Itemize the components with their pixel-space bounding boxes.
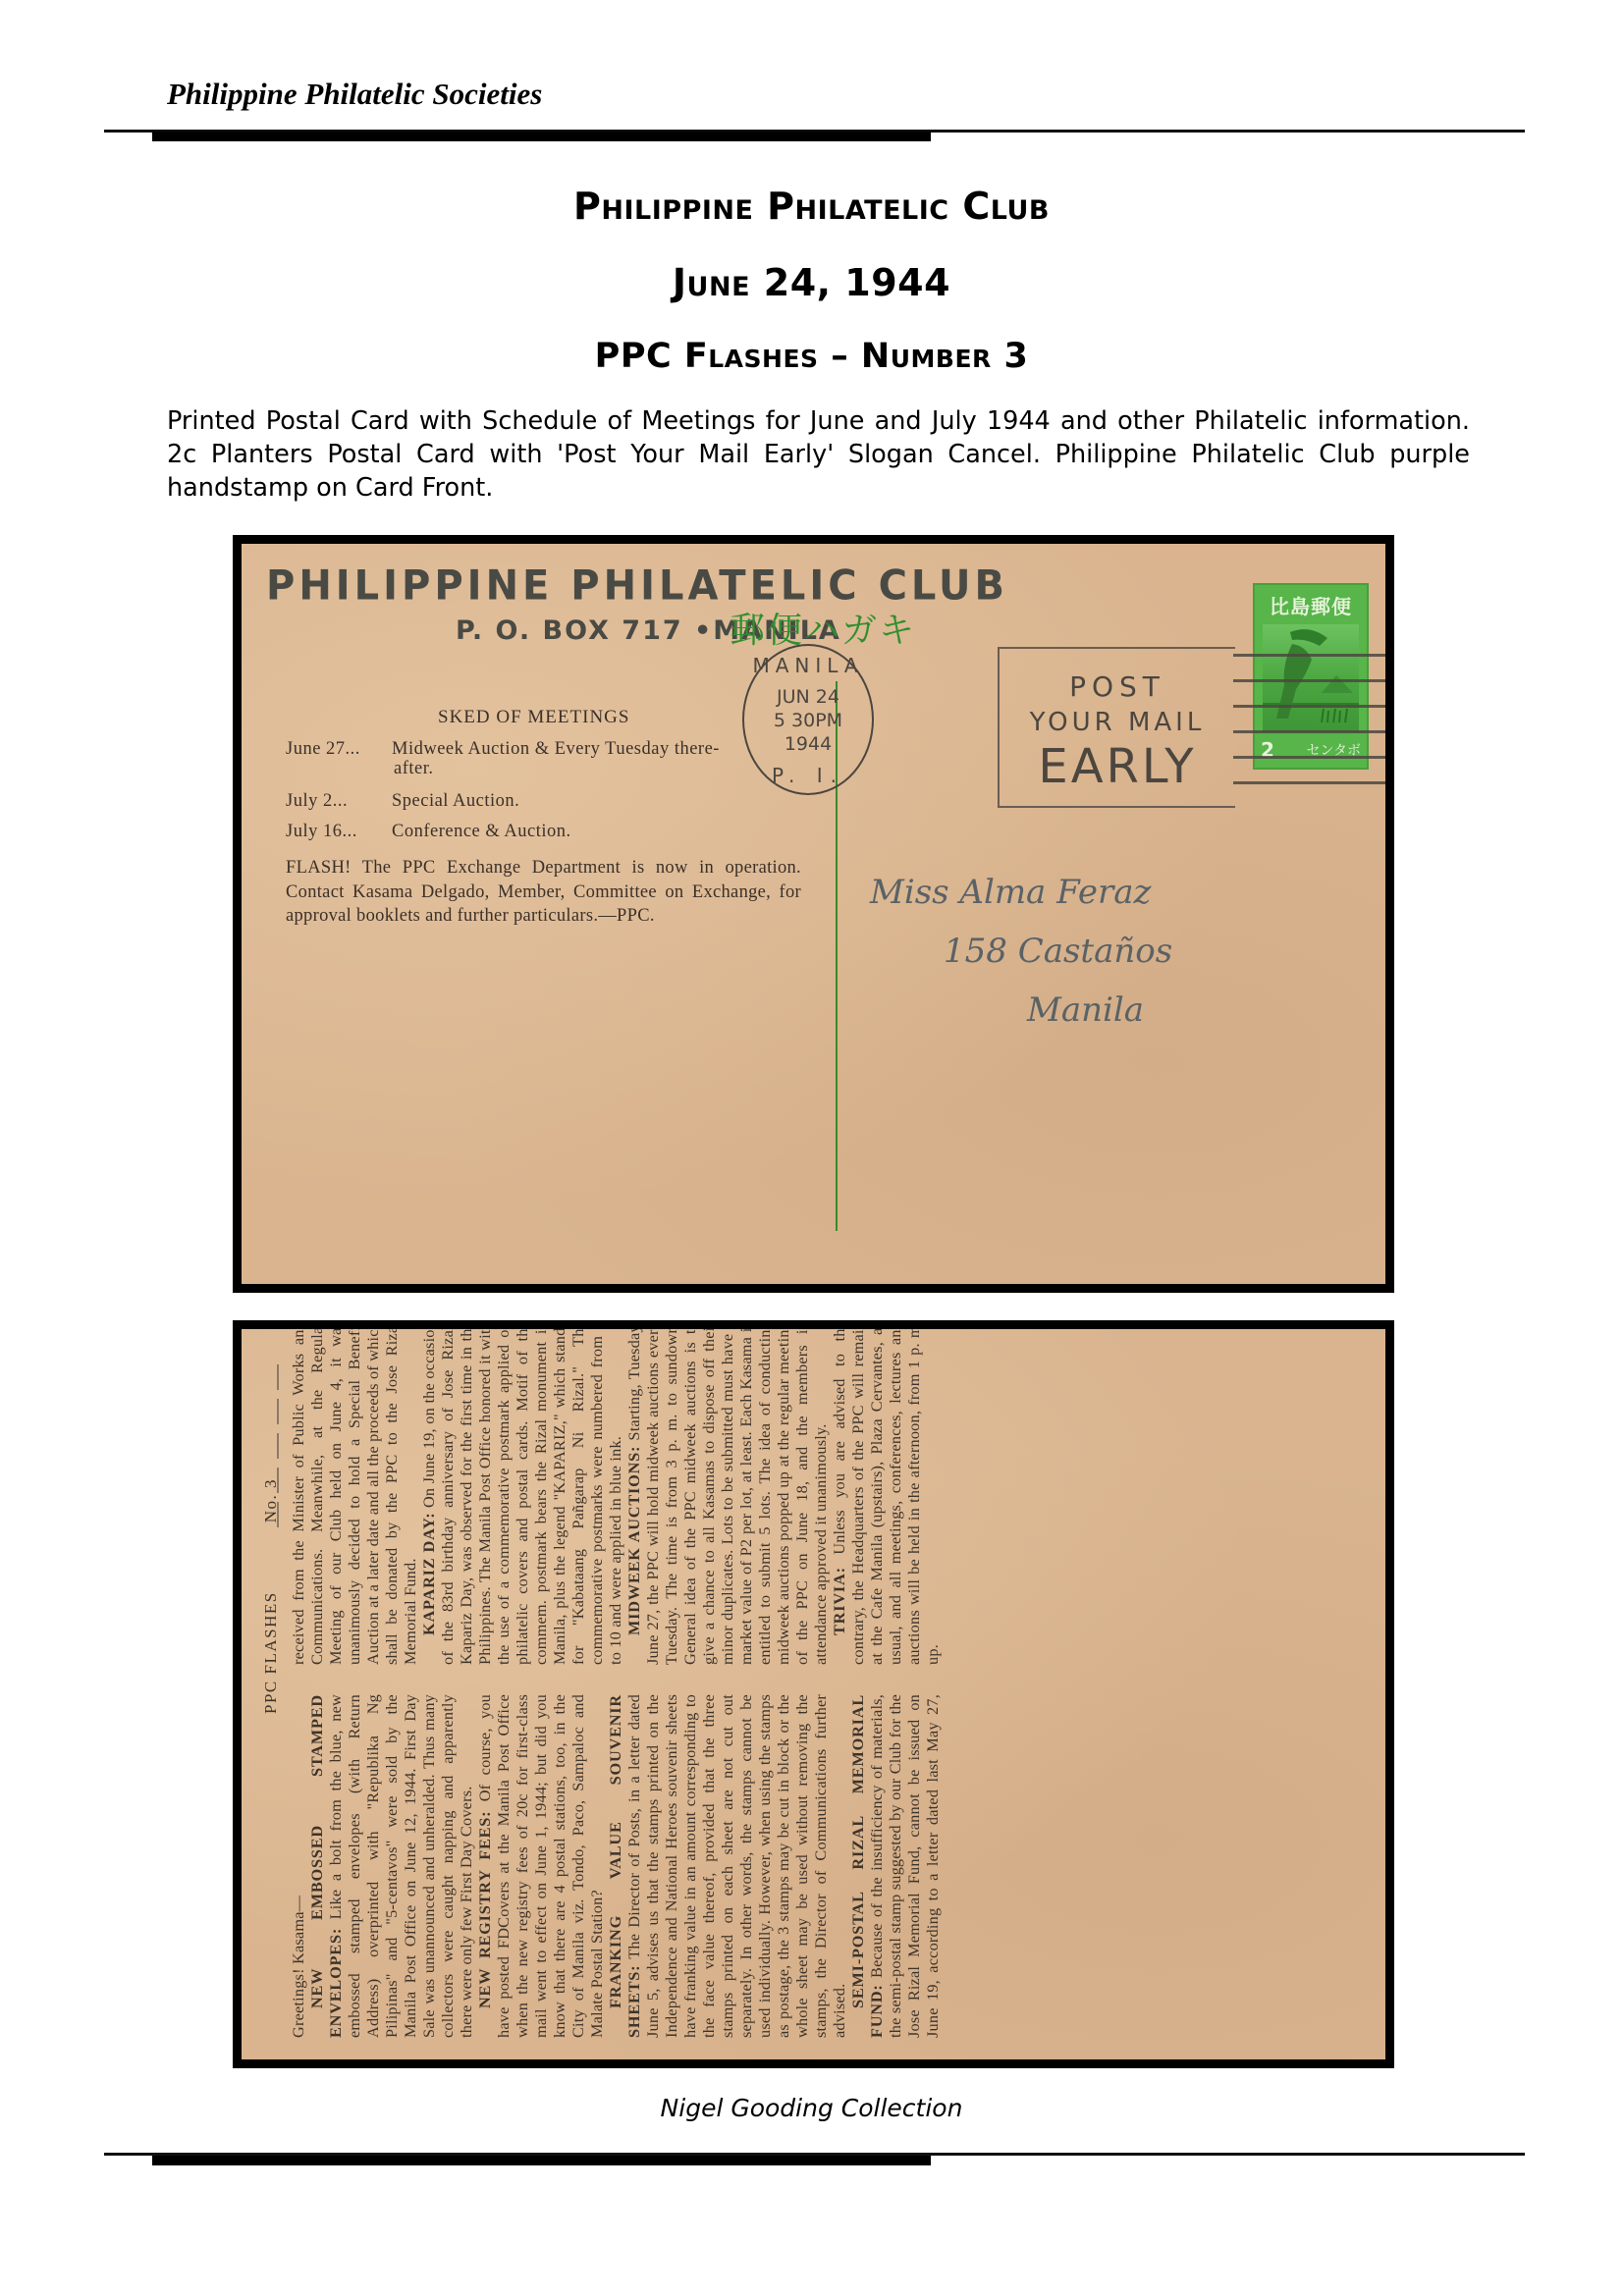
back-header-number: No. 3	[261, 1478, 281, 1522]
address-line1: Miss Alma Feraz	[870, 873, 1151, 912]
schedule-row: July 16...Conference & Auction.	[286, 822, 571, 842]
schedule-row: June 27...Midweek Auction & Every Tuesda…	[286, 739, 720, 760]
back-greeting: Greetings! Kasama—	[289, 1694, 307, 2038]
postmark-date: JUN 24 5 30PM 1944	[744, 685, 872, 756]
footer-rule-thick	[152, 2156, 931, 2165]
card-front-frame: PHILIPPINE PHILATELIC CLUB P. O. BOX 717…	[233, 535, 1394, 1293]
cancel-bar	[1233, 781, 1385, 784]
flash-note: FLASH! The PPC Exchange Department is no…	[286, 856, 801, 929]
collection-caption: Nigel Gooding Collection	[0, 2094, 1623, 2122]
schedule-title: SKED OF MEETINGS	[438, 707, 629, 728]
schedule-date: July 16...	[286, 822, 392, 842]
postmark-date-line1: JUN 24	[744, 685, 872, 709]
slogan-line1: POST	[1000, 670, 1235, 703]
stamp-top-text: 比島郵便	[1255, 591, 1367, 619]
card-back: PPC FLASHES No. 3 Greetings! Kasama— NEW…	[242, 1329, 1385, 2059]
page-date: June 24, 1944	[0, 261, 1623, 304]
address-line3: Manila	[1027, 990, 1144, 1030]
postmark-town: MANILA	[744, 654, 872, 677]
back-section: NEW EMBOSSED STAMPED ENVELOPES: Like a b…	[307, 1694, 475, 2038]
running-header-title: Philippine Philatelic Societies	[167, 77, 542, 112]
page-subtitle: PPC Flashes – Number 3	[0, 337, 1623, 376]
postmark-date-line3: 1944	[744, 732, 872, 756]
back-section: MIDWEEK AUCTIONS: Starting, Tuesday, Jun…	[624, 1329, 830, 1665]
schedule-row: July 2...Special Auction.	[286, 791, 519, 812]
postmark-date-line2: 5 30PM	[744, 709, 872, 732]
schedule-event: Special Auction.	[392, 791, 519, 811]
cancel-bar	[1233, 654, 1385, 657]
slogan-line3: EARLY	[1000, 739, 1235, 794]
cancel-bar	[1233, 705, 1385, 708]
postmark-region: P. I.	[744, 764, 872, 787]
cancel-bar	[1233, 756, 1385, 759]
back-section: FRANKING VALUE SOUVENIR SHEETS: The Dire…	[606, 1694, 848, 2038]
cancel-bar	[1233, 730, 1385, 733]
slogan-line2: YOUR MAIL	[1000, 708, 1235, 737]
address-line2: 158 Castaños	[944, 932, 1172, 971]
schedule-date: July 2...	[286, 791, 392, 812]
cancel-bars	[1233, 654, 1385, 801]
header-rule-thick	[152, 132, 931, 141]
manila-postmark: MANILA JUN 24 5 30PM 1944 P. I.	[742, 644, 874, 795]
page-title: Philippine Philatelic Club	[0, 185, 1623, 228]
schedule-event: Midweek Auction & Every Tuesday there-	[392, 739, 720, 759]
back-header-title: PPC FLASHES	[261, 1591, 281, 1714]
card-back-frame: PPC FLASHES No. 3 Greetings! Kasama— NEW…	[233, 1320, 1394, 2068]
back-section: TRIVIA: Unless you are advised to the co…	[830, 1329, 942, 1665]
slogan-cancel: POST YOUR MAIL EARLY	[998, 647, 1235, 808]
back-section: NEW REGISTRY FEES: Of course, you have p…	[475, 1694, 606, 2038]
card-front: PHILIPPINE PHILATELIC CLUB P. O. BOX 717…	[242, 544, 1385, 1284]
cancel-bar	[1233, 679, 1385, 682]
schedule-row-continuation: after.	[394, 759, 434, 779]
back-section: KAPARIZ DAY: On June 19, on the occasion…	[419, 1329, 624, 1665]
card-back-rotated-text: PPC FLASHES No. 3 Greetings! Kasama— NEW…	[242, 1329, 1385, 2059]
back-body: Greetings! Kasama— NEW EMBOSSED STAMPED …	[289, 1329, 956, 2038]
schedule-date: June 27...	[286, 739, 392, 760]
schedule-event: Conference & Auction.	[392, 822, 571, 841]
item-description: Printed Postal Card with Schedule of Mee…	[167, 404, 1470, 505]
